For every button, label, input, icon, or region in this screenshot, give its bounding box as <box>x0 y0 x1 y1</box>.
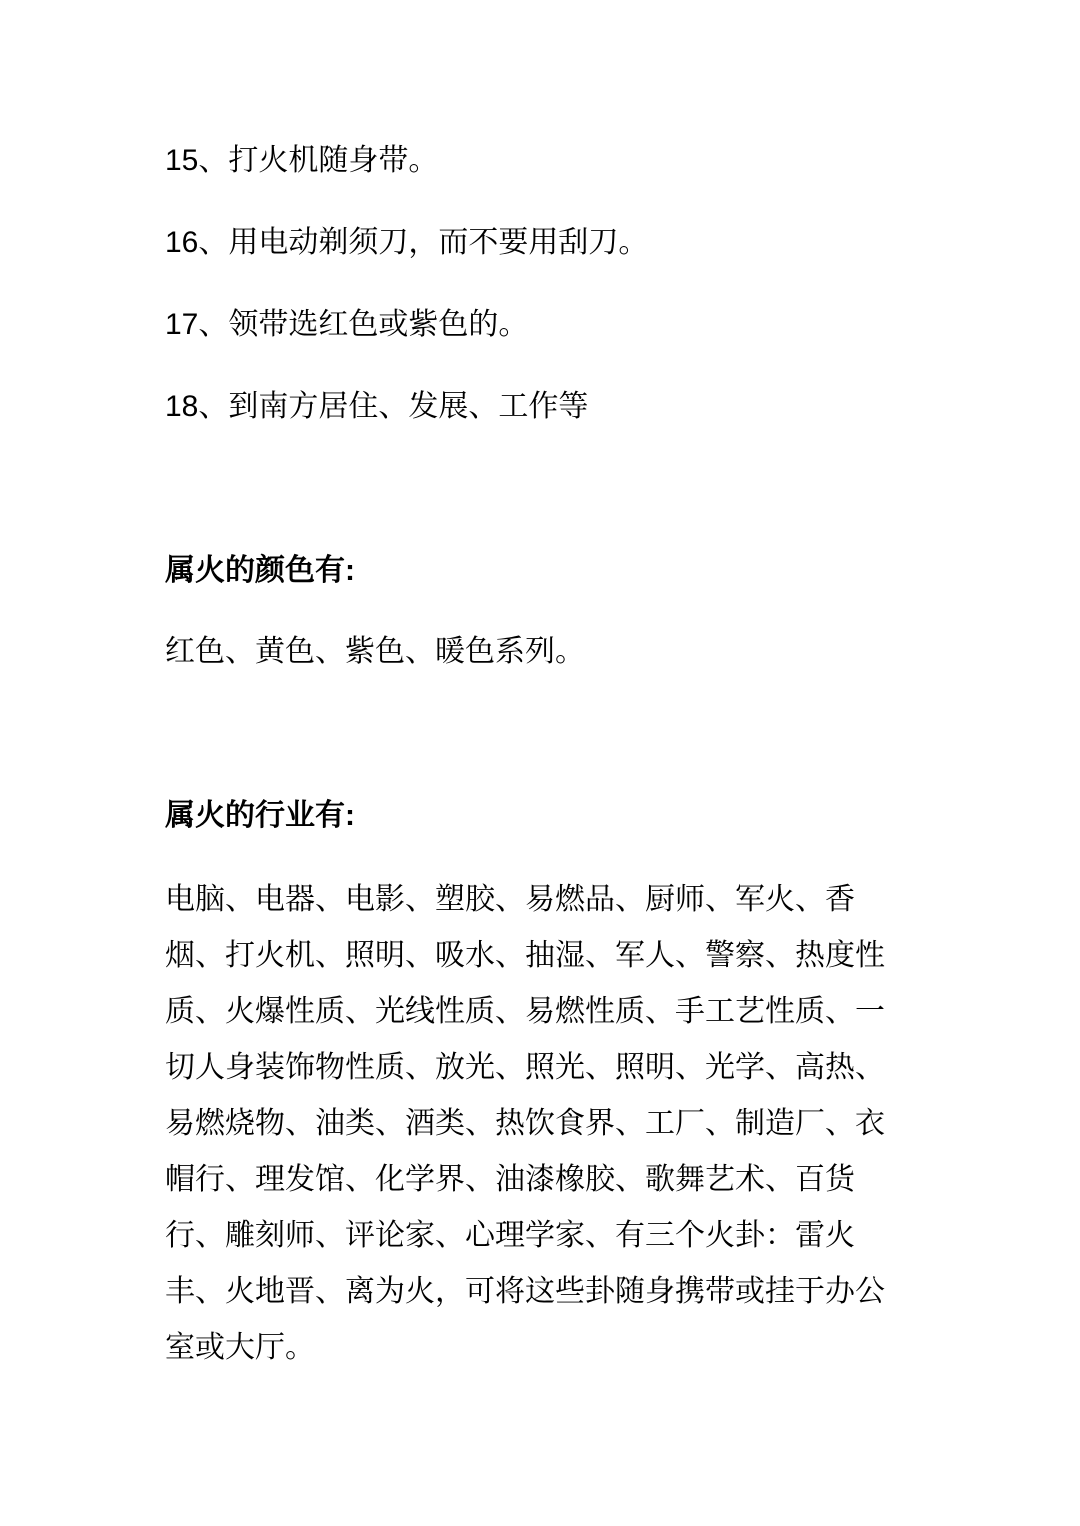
paragraph-line: 帽行、理发馆、化学界、油漆橡胶、歌舞艺术、百货 <box>165 1152 910 1208</box>
document-page: 15、打火机随身带。 16、用电动剃须刀，而不要用刮刀。 17、领带选红色或紫色… <box>0 0 1080 1526</box>
list-item-16: 16、用电动剃须刀，而不要用刮刀。 <box>165 215 910 271</box>
section-colors-body-line: 红色、黄色、紫色、暖色系列。 <box>165 624 910 680</box>
section-heading-colors: 属火的颜色有: <box>165 543 910 599</box>
paragraph-line: 丰、火地晋、离为火，可将这些卦随身携带或挂于办公 <box>165 1264 910 1320</box>
list-item-17: 17、领带选红色或紫色的。 <box>165 297 910 353</box>
paragraph-line: 行、雕刻师、评论家、心理学家、有三个火卦：雷火 <box>165 1208 910 1264</box>
paragraph-line: 室或大厅。 <box>165 1320 910 1376</box>
list-item-15: 15、打火机随身带。 <box>165 133 910 189</box>
paragraph-line: 电脑、电器、电影、塑胶、易燃品、厨师、军火、香 <box>165 872 910 928</box>
paragraph-line: 烟、打火机、照明、吸水、抽湿、军人、警察、热度性 <box>165 928 910 984</box>
paragraph-line: 质、火爆性质、光线性质、易燃性质、手工艺性质、一 <box>165 984 910 1040</box>
section-heading-industries: 属火的行业有: <box>165 788 910 844</box>
paragraph-line: 切人身装饰物性质、放光、照光、照明、光学、高热、 <box>165 1040 910 1096</box>
paragraph-line: 易燃烧物、油类、酒类、热饮食界、工厂、制造厂、衣 <box>165 1096 910 1152</box>
list-item-18: 18、到南方居住、发展、工作等 <box>165 379 910 435</box>
